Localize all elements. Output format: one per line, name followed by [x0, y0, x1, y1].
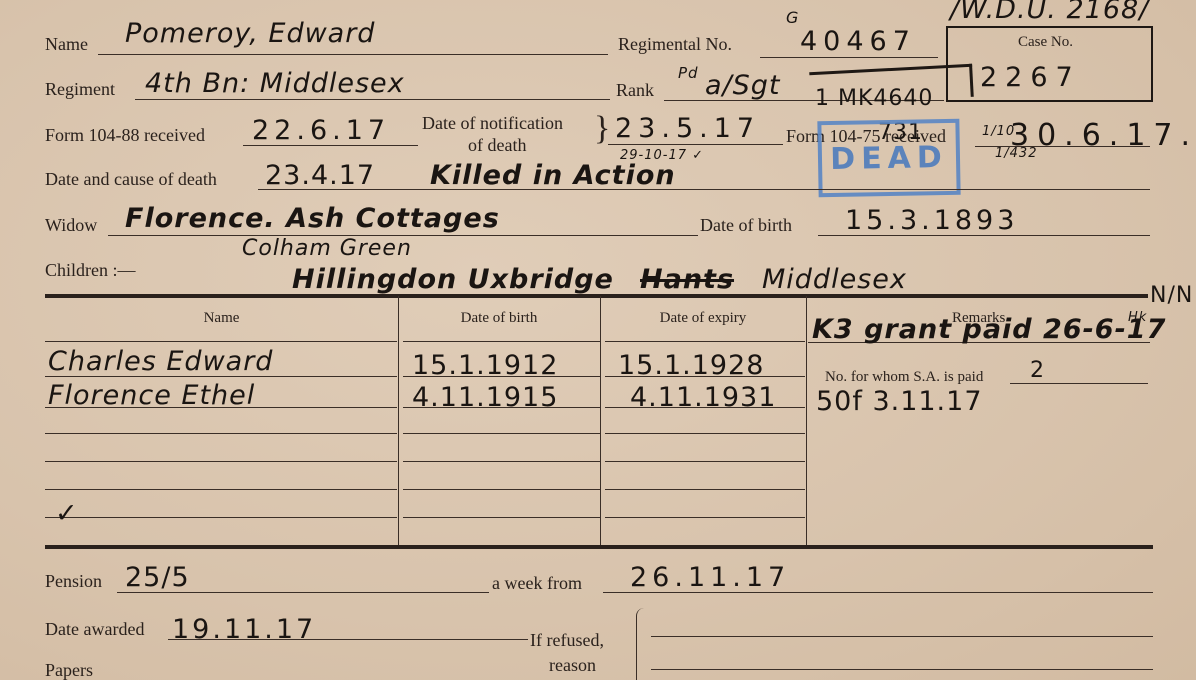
death-line	[258, 189, 1150, 190]
child-expiry: 15.1.1928	[618, 350, 764, 381]
table-row-rule	[403, 341, 601, 342]
week-from-label: a week from	[492, 573, 582, 594]
col-divider-1	[398, 296, 399, 546]
sa-label: No. for whom S.A. is paid	[825, 369, 983, 386]
regimental-no-prefix: G	[786, 8, 799, 27]
child-name: Florence Ethel	[48, 380, 255, 411]
col-divider-3	[806, 296, 807, 546]
table-row-rule	[403, 489, 601, 490]
widow-dob-label: Date of birth	[700, 215, 792, 236]
table-row-rule	[45, 433, 397, 434]
pension-label: Pension	[45, 571, 102, 592]
death-cause: Killed in Action	[430, 160, 676, 191]
sa-line	[1010, 383, 1148, 384]
rank-label: Rank	[616, 80, 654, 101]
remarks-initials: Hk	[1128, 310, 1147, 325]
refused-brace	[636, 608, 647, 680]
header-dob: Date of birth	[398, 310, 600, 327]
refused-line-2	[651, 669, 1153, 670]
child-name: Charles Edward	[48, 346, 273, 377]
table-row-rule	[45, 489, 397, 490]
widow-address-line3a: Hillingdon Uxbridge	[292, 264, 614, 295]
rank-annotation: Pd	[678, 64, 699, 82]
death-date: 23.4.17	[265, 160, 375, 191]
pension-value: 25/5	[125, 562, 190, 593]
table-row-rule	[45, 517, 397, 518]
remarks-entry: K3 grant paid 26-6-17	[812, 314, 1166, 345]
table-row-rule	[605, 433, 805, 434]
form-104-88-label: Form 104-88 received	[45, 125, 205, 146]
widow-address-line2: Colham Green	[242, 236, 412, 261]
header-name: Name	[45, 310, 398, 327]
refused-label: If refused,	[530, 630, 604, 651]
notification-value: 23.5.17	[615, 113, 760, 144]
pension-card: /W.D.U. 2168/ Case No. 2267 Name Pomeroy…	[0, 0, 1196, 680]
form-104-75-value: 30.6.17.	[1010, 118, 1196, 153]
col-divider-2	[600, 296, 601, 546]
widow-label: Widow	[45, 215, 97, 236]
date-awarded-value: 19.11.17	[172, 614, 316, 645]
name-label: Name	[45, 34, 88, 55]
notification-label-1: Date of notification	[422, 113, 563, 134]
regimental-no-label: Regimental No.	[618, 34, 732, 55]
child-expiry: 4.11.1931	[630, 382, 776, 413]
widow-address-struck: Hants	[640, 264, 734, 295]
notification-brace: }	[594, 112, 610, 146]
death-label: Date and cause of death	[45, 169, 217, 190]
rank-value: a/Sgt	[705, 70, 781, 101]
table-row-rule	[605, 517, 805, 518]
case-label: Case No.	[1018, 34, 1073, 51]
nn-mark: N/N	[1150, 283, 1193, 308]
name-value: Pomeroy, Edward	[125, 18, 375, 49]
papers-label: Papers	[45, 660, 93, 680]
tick-mark: ✓	[55, 498, 79, 529]
regimental-no-value: 40467	[800, 26, 916, 57]
child-dob: 4.11.1915	[412, 382, 558, 413]
regiment-label: Regiment	[45, 79, 115, 100]
regiment-line	[135, 99, 610, 100]
table-row-rule	[403, 461, 601, 462]
case-number-box: Case No. 2267	[946, 26, 1153, 102]
refused-line-1	[651, 636, 1153, 637]
table-top-rule	[45, 294, 1148, 298]
header-expiry: Date of expiry	[600, 310, 806, 327]
notification-line	[608, 144, 783, 145]
regiment-value: 4th Bn: Middlesex	[145, 68, 405, 99]
table-row-rule	[605, 489, 805, 490]
children-label: Children :—	[45, 260, 136, 281]
form-104-88-value: 22.6.17	[252, 115, 390, 146]
regimental-no-line	[760, 57, 938, 58]
file-reference: /W.D.U. 2168/	[950, 0, 1149, 25]
sa-note: 50f 3.11.17	[816, 386, 983, 417]
case-number: 2267	[980, 62, 1081, 93]
date-awarded-label: Date awarded	[45, 619, 144, 640]
notification-label-2: of death	[468, 135, 526, 156]
dead-stamp: DEAD	[817, 119, 960, 197]
sa-value: 2	[1030, 358, 1045, 383]
table-row-rule	[403, 433, 601, 434]
table-row-rule	[45, 461, 397, 462]
reason-label: reason	[549, 655, 596, 676]
week-from-value: 26.11.17	[630, 562, 790, 593]
table-row-rule	[605, 461, 805, 462]
name-line	[98, 54, 608, 55]
child-dob: 15.1.1912	[412, 350, 558, 381]
table-row-rule	[403, 517, 601, 518]
table-row-rule	[45, 341, 397, 342]
table-bottom-rule	[45, 545, 1153, 549]
widow-dob-value: 15.3.1893	[845, 205, 1018, 236]
widow-address-line3b: Middlesex	[762, 264, 907, 295]
widow-value: Florence. Ash Cottages	[125, 203, 500, 234]
table-row-rule	[605, 341, 805, 342]
